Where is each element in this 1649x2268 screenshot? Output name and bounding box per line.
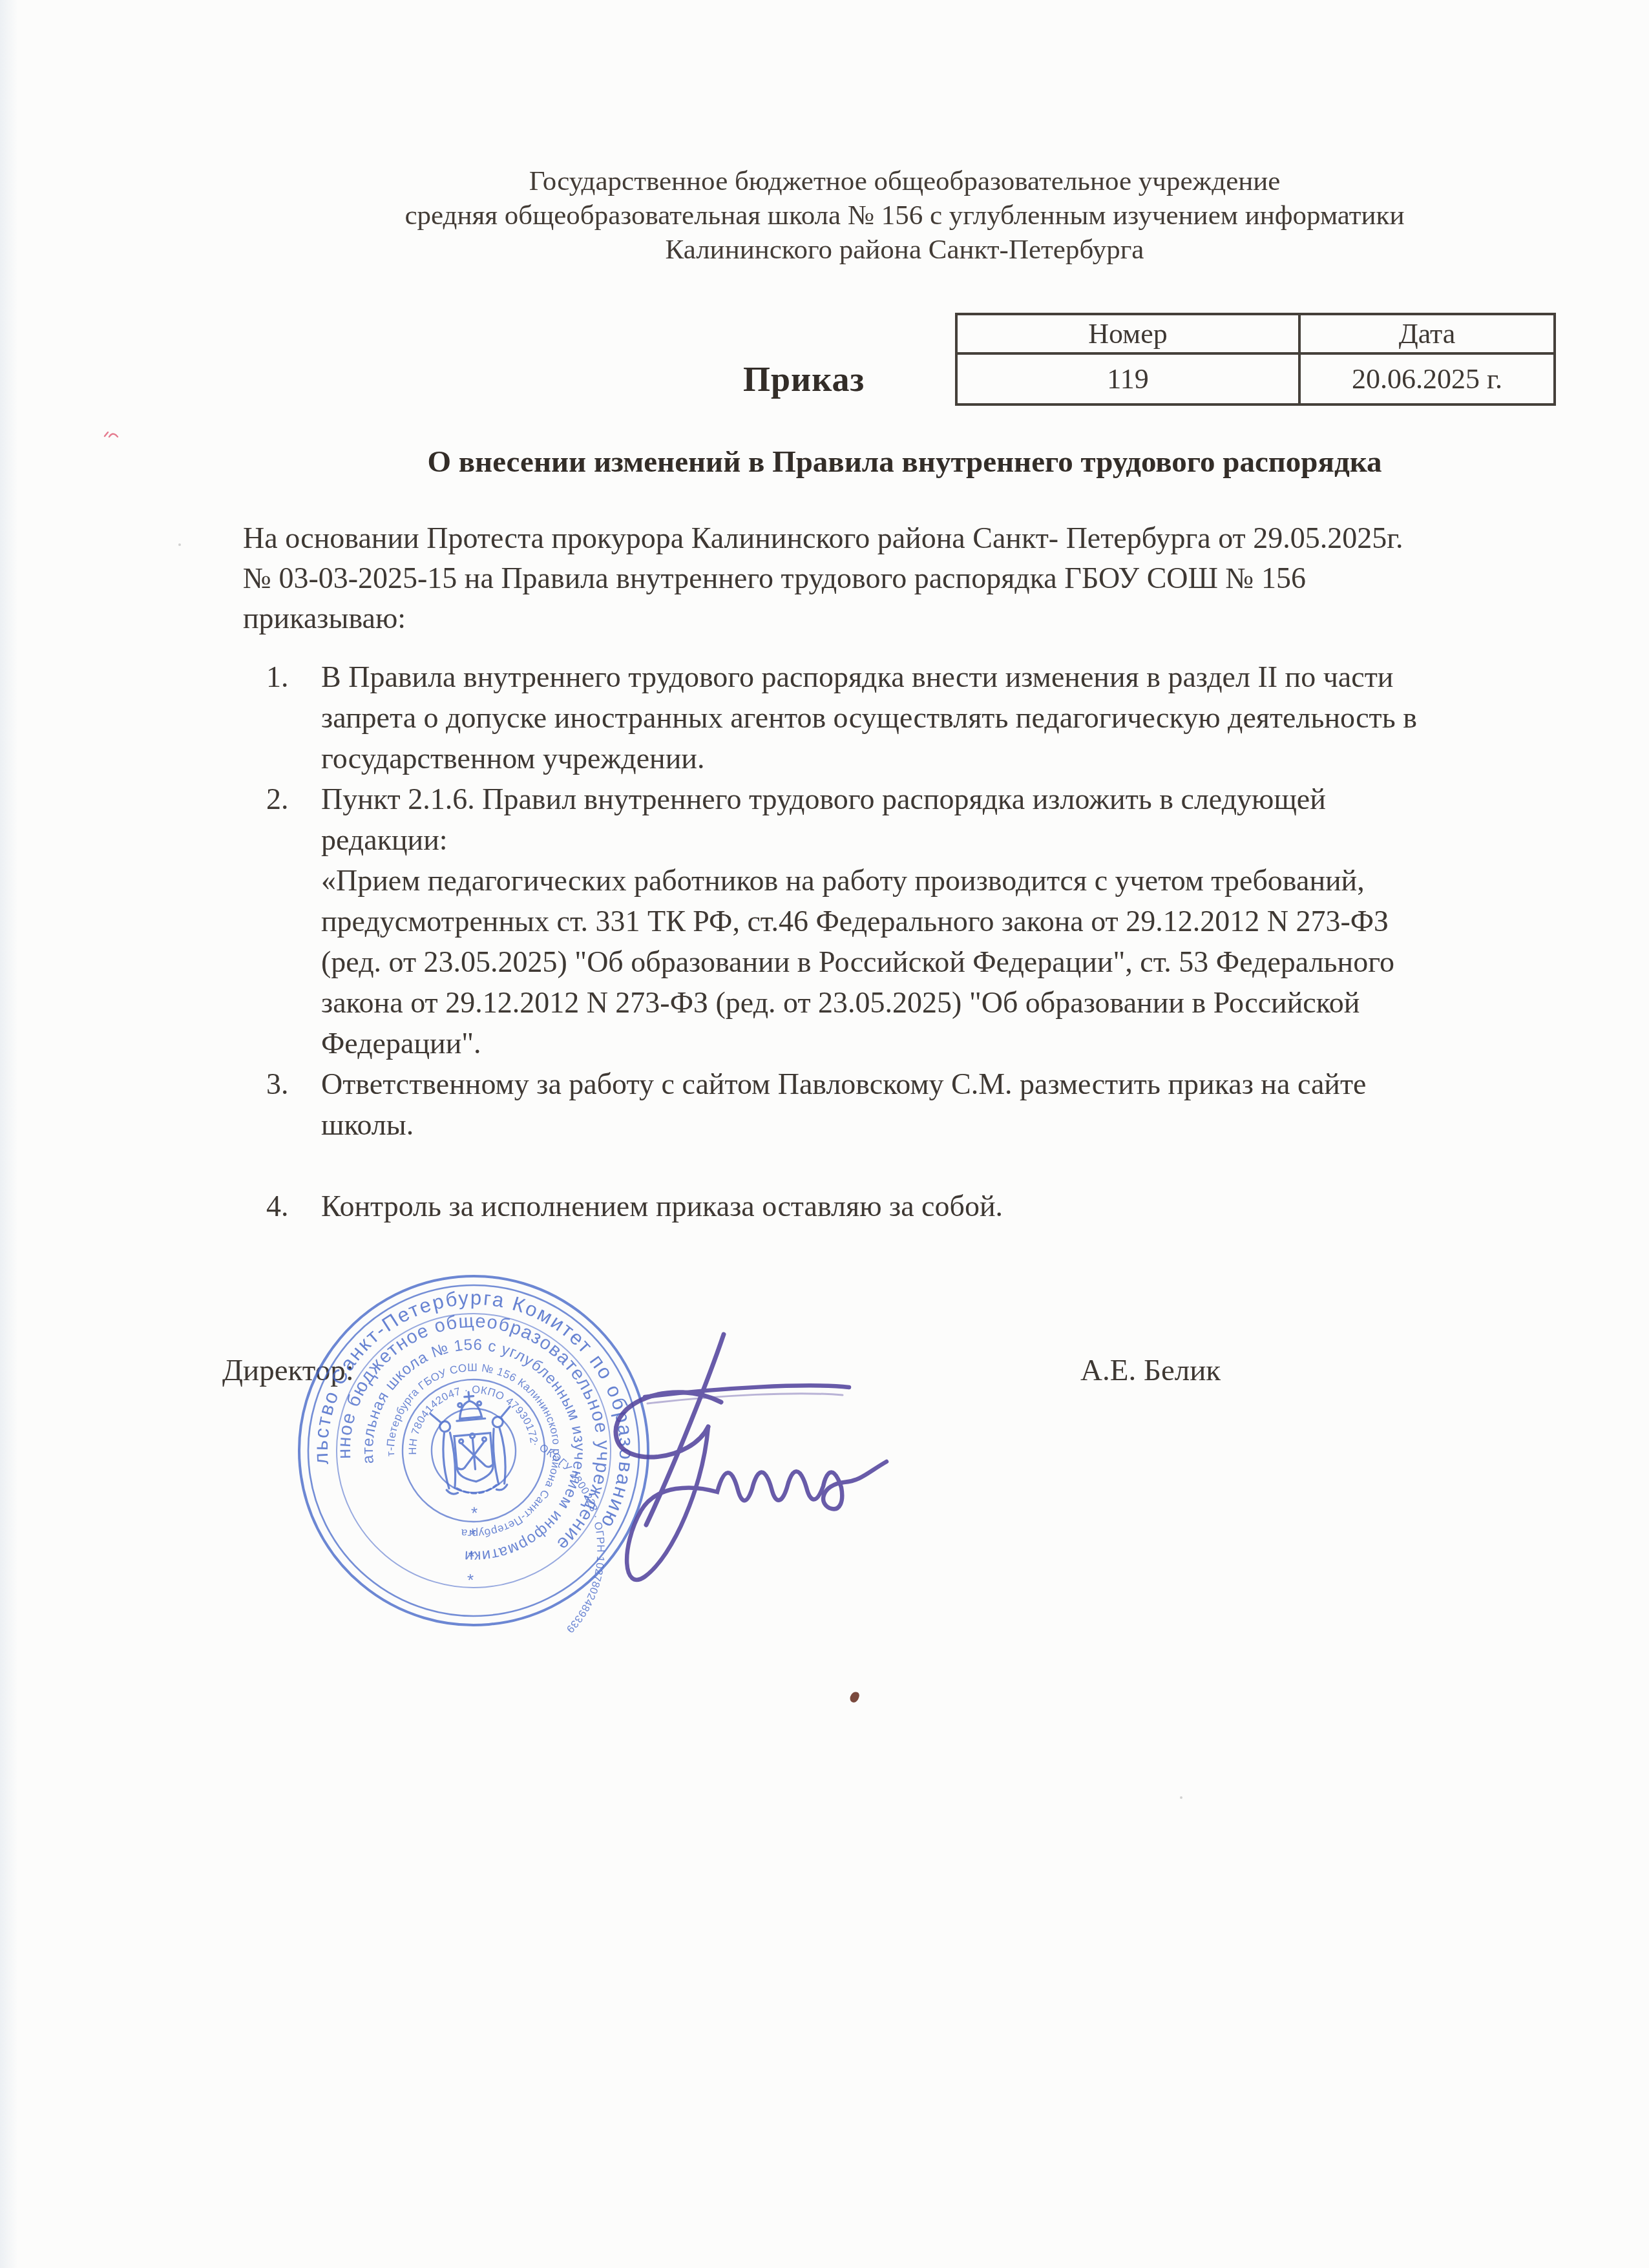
- item-number: 1.: [266, 656, 289, 697]
- org-header: Государственное бюджетное общеобразовате…: [239, 164, 1570, 267]
- stamp-separator-star: *: [469, 1524, 478, 1544]
- order-preamble: На основании Протеста прокурора Калининс…: [243, 518, 1606, 638]
- order-item-2: 2. Пункт 2.1.6. Правил внутреннего трудо…: [243, 779, 1593, 1064]
- order-items: 1. В Правила внутреннего трудового распо…: [243, 656, 1593, 1226]
- scan-speck: [178, 543, 181, 546]
- scan-speck: [1180, 1796, 1182, 1799]
- stamp-separator-star: *: [470, 1503, 479, 1523]
- org-name-line-2: средняя общеобразовательная школа № 156 …: [239, 198, 1570, 233]
- order-label: Приказ: [743, 359, 865, 399]
- meta-header-row: Номер Дата: [956, 314, 1555, 353]
- order-title: О внесении изменений в Правила внутренне…: [239, 445, 1570, 479]
- scanner-edge-shadow: [0, 0, 18, 2268]
- director-signature-ink: [569, 1299, 969, 1609]
- order-date: 20.06.2025 г.: [1299, 353, 1555, 404]
- item-number: 4.: [266, 1186, 289, 1226]
- red-ink-artifact: [103, 429, 119, 439]
- org-name-line-3: Калининского района Санкт-Петербурга: [239, 233, 1570, 267]
- order-meta-table: Номер Дата 119 20.06.2025 г.: [955, 313, 1556, 406]
- meta-col-date: Дата: [1299, 314, 1555, 353]
- item-text: В Правила внутреннего трудового распоряд…: [321, 656, 1593, 779]
- item-number: 2.: [266, 779, 289, 819]
- item-text: Пункт 2.1.6. Правил внутреннего трудовог…: [321, 779, 1593, 1064]
- meta-value-row: 119 20.06.2025 г.: [956, 353, 1555, 404]
- signatory-name: А.Е. Белик: [1080, 1353, 1221, 1388]
- order-number: 119: [956, 353, 1299, 404]
- item-number: 3.: [266, 1064, 289, 1104]
- order-item-1: 1. В Правила внутреннего трудового распо…: [243, 656, 1593, 779]
- order-item-4: 4. Контроль за исполнением приказа остав…: [243, 1186, 1593, 1226]
- org-name-line-1: Государственное бюджетное общеобразовате…: [239, 164, 1570, 198]
- scanned-order-document: Государственное бюджетное общеобразовате…: [0, 0, 1649, 2268]
- stamp-separator-star: *: [467, 1570, 475, 1590]
- item-text: Ответственному за работу с сайтом Павлов…: [321, 1064, 1593, 1145]
- ink-blot-artifact: [849, 1690, 861, 1703]
- order-item-3: 3. Ответственному за работу с сайтом Пав…: [243, 1064, 1593, 1145]
- item-text: Контроль за исполнением приказа оставляю…: [321, 1186, 1593, 1226]
- meta-col-number: Номер: [956, 314, 1299, 353]
